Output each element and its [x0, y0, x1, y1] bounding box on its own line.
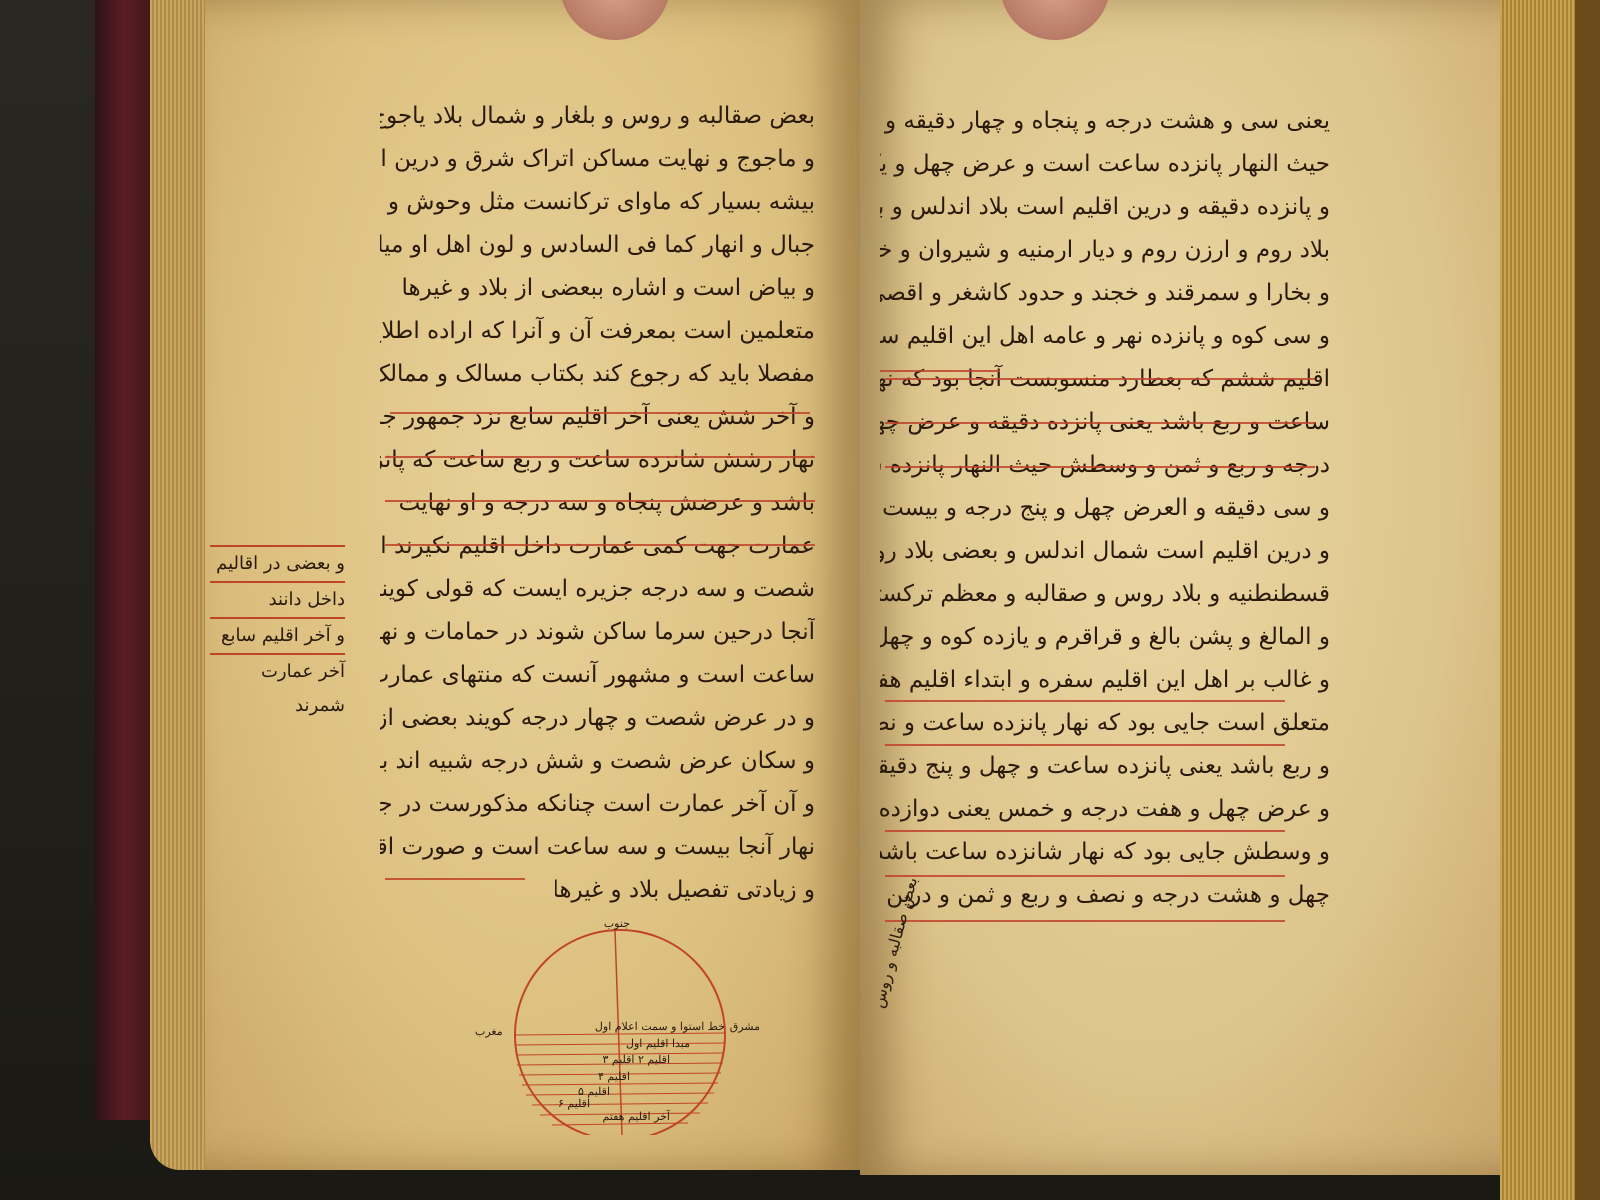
rubric-line	[885, 466, 1315, 468]
text-line: و بخارا و سمرقند و خجند و حدود کاشغر و ا…	[880, 272, 1330, 315]
margin-note-line: و آخر اقلیم سابع	[210, 617, 345, 653]
text-line: شصت و سه درجه جزیره ایست که قولی کوینند …	[380, 568, 815, 611]
rubric-line	[885, 875, 1285, 877]
rubric-line	[880, 370, 1000, 372]
rubric-line	[385, 544, 815, 546]
text-line: نهار رشش شانزده ساعت و ربع ساعت که پانزد…	[380, 439, 815, 482]
diagram-label: مبدا اقلیم اول	[626, 1037, 690, 1050]
text-line: چهل و هشت درجه و نصف و ربع و ثمن و درین …	[880, 874, 1330, 917]
diagram-label: مشرق	[730, 1020, 760, 1033]
margin-note-line: آخر عمارت شمرند	[210, 653, 345, 723]
text-line: متعلق است جایی بود که نهار پانزده ساعت و…	[880, 702, 1330, 745]
margin-note-line: داخل دانند	[210, 581, 345, 617]
rubric-line	[885, 744, 1285, 746]
text-line: و عرض چهل و هفت درجه و خمس یعنی دوازده د…	[880, 788, 1330, 831]
rubric-line	[885, 378, 1315, 380]
text-line: باشد و عرضش پنجاه و سه درجه و او نهایت	[380, 482, 815, 525]
text-line: و آخر شش یعنی آخر اقلیم سابع نزد جمهور ج…	[380, 396, 815, 439]
text-line: بعض صقالبه و روس و بلغار و شمال بلاد یاج…	[380, 95, 815, 138]
rubric-line	[885, 422, 1315, 424]
rubric-line	[385, 878, 525, 880]
diagram-label: مغرب	[475, 1025, 503, 1038]
right-binding-cover	[1575, 0, 1600, 1200]
right-page-text: یعنی سی و هشت درجه و پنجاه و چهار دقیقه …	[880, 100, 1330, 917]
text-line: و وسطش جایی بود که نهار شانزده ساعت باشد…	[880, 831, 1330, 874]
text-line: و سی کوه و پانزده نهر و عامه اهل این اقل…	[880, 315, 1330, 358]
text-line: و المالغ و پشن بالغ و قراقرم و یازده کوه…	[880, 616, 1330, 659]
text-line: بلاد روم و ارزن روم و دیار ارمنیه و شیرو…	[880, 229, 1330, 272]
margin-note: و بعضی در اقالیم داخل دانند و آخر اقلیم …	[210, 545, 345, 723]
diagram-label: جنوب	[604, 917, 630, 930]
climate-circle-diagram: خط استوا و سمت اعلام اول مبدا اقلیم اول …	[510, 925, 730, 1135]
text-line: و آن آخر عمارت است چنانکه مذکورست در جغر…	[380, 783, 815, 826]
rubric-line	[885, 920, 1285, 922]
text-line: و سی دقیقه و العرض چهل و پنج درجه و بیست…	[880, 487, 1330, 530]
text-line: و در عرض شصت و چهار درجه کویند بعضی از ص…	[380, 697, 815, 740]
text-line: نهار آنجا بیست و سه ساعت است و صورت اقال…	[380, 826, 815, 869]
text-line: آنجا درحین سرما ساکن شوند در حمامات و نه…	[380, 611, 815, 654]
margin-note-line: و بعضی در اقالیم	[210, 545, 345, 581]
left-page-text: بعض صقالبه و روس و بلغار و شمال بلاد یاج…	[380, 95, 815, 912]
diagram-label: اقلیم ۲ اقلیم ۳	[602, 1053, 670, 1066]
text-line: بیشه بسیار که ماوای ترکانست مثل وحوش و د…	[380, 181, 815, 224]
text-line: و پانزده دقیقه و درین اقلیم است بلاد اند…	[880, 186, 1330, 229]
text-line: و ماجوج و نهایت مساکن اتراک شرق و درین ا…	[380, 138, 815, 181]
text-line: و سکان عرض شصت و شش درجه شبیه اند بوحوش	[380, 740, 815, 783]
text-line: و بیاض است و اشاره ببعضی از بلاد و غیرها	[380, 267, 815, 310]
diagram-label: اقلیم ۶	[558, 1097, 590, 1110]
text-line: قسطنطنیه و بلاد روس و صقالبه و معظم ترکس…	[880, 573, 1330, 616]
rubric-line	[385, 456, 815, 458]
diagram-label: خط استوا و سمت اعلام اول	[595, 1020, 725, 1033]
rubric-line	[385, 500, 815, 502]
text-line: و درین اقلیم است شمال اندلس و بعضی بلاد …	[880, 530, 1330, 573]
text-line: عمارت جهت کمی عمارت داخل اقلیم نکیرند ام…	[380, 525, 815, 568]
text-line: جبال و انهار کما فی السادس و لون اهل او …	[380, 224, 815, 267]
text-line: حیث النهار پانزده ساعت است و عرض چهل و ی…	[880, 143, 1330, 186]
diagram-label: اقلیم ۴	[598, 1070, 630, 1083]
rubric-line	[885, 700, 1285, 702]
rubric-line	[885, 830, 1285, 832]
text-line: یعنی سی و هشت درجه و پنجاه و چهار دقیقه …	[880, 100, 1330, 143]
text-line: و زیادتی تفصیل بلاد و غیرها که مذکورست	[555, 869, 815, 912]
text-line: مفصلا باید که رجوع کند بکتاب مسالک و مما…	[380, 353, 815, 396]
text-line: و ربع باشد یعنی پانزده ساعت و چهل و پنج …	[880, 745, 1330, 788]
text-line: متعلمین است بمعرفت آن و آنرا که اراده اط…	[380, 310, 815, 353]
rubric-line	[390, 412, 810, 414]
text-line: ساعت است و مشهور آنست که منتهای عمارت آن…	[380, 654, 815, 697]
diagram-label: آخر اقلیم هفتم	[602, 1110, 670, 1123]
right-page-edges	[1500, 0, 1580, 1200]
text-line: و غالب بر اهل این اقلیم سفره و ابتداء اق…	[880, 659, 1330, 702]
